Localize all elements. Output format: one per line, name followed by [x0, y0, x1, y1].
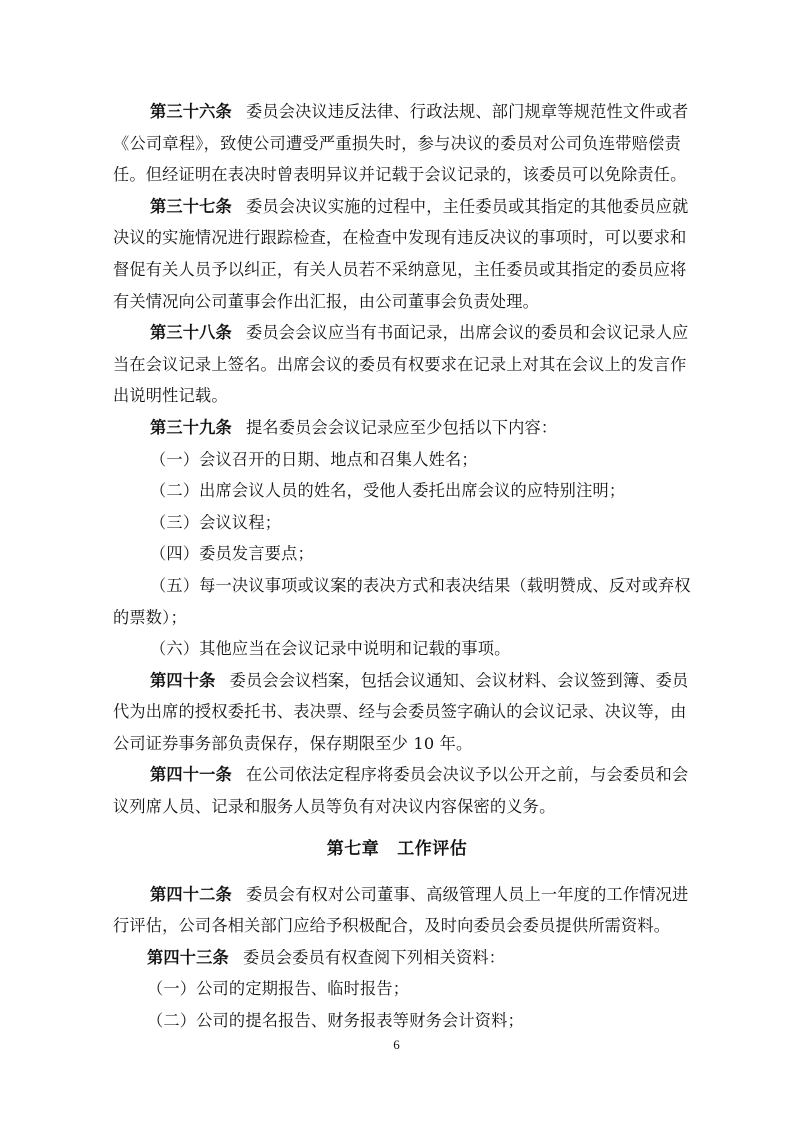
article-title: 第三十九条 — [150, 418, 232, 437]
article-text: 委员会会议应当有书面记录，出席会议的委员和会议记录人应 — [246, 323, 688, 342]
article-line: 出说明性记载。 — [113, 380, 681, 412]
article-line: 决议的实施情况进行跟踪检查，在检查中发现有违反决议的事项时，可以要求和 — [113, 222, 681, 254]
article-line: 当在会议记录上签名。出席会议的委员有权要求在记录上对其在会议上的发言作 — [113, 349, 681, 381]
article-title: 第四十三条 — [147, 948, 229, 967]
article-title: 第三十六条 — [150, 102, 232, 121]
article-37: 第三十七条委员会决议实施的过程中，主任委员或其指定的其他委员应就 决议的实施情况… — [113, 191, 681, 317]
list-item: （五）每一决议事项或议案的表决方式和表决结果（载明赞成、反对或弃权 — [113, 570, 681, 602]
article-line: 《公司章程》，致使公司遭受严重损失时，参与决议的委员对公司负连带赔偿责 — [113, 128, 681, 160]
article-first-line: 第四十三条委员会委员有权查阅下列相关资料： — [113, 942, 681, 974]
article-line: 行评估，公司各相关部门应给予积极配合，及时向委员会委员提供所需资料。 — [113, 910, 681, 942]
article-41: 第四十一条在公司依法定程序将委员会决议予以公开之前，与会委员和会 议列席人员、记… — [113, 759, 681, 822]
article-title: 第四十一条 — [150, 765, 232, 784]
article-text: 委员会决议违反法律、行政法规、部门规章等规范性文件或者 — [246, 102, 688, 121]
article-first-line: 第三十八条委员会会议应当有书面记录，出席会议的委员和会议记录人应 — [113, 317, 681, 349]
document-page: 第三十六条委员会决议违反法律、行政法规、部门规章等规范性文件或者 《公司章程》，… — [113, 96, 681, 1037]
chapter-title: 工作评估 — [397, 839, 467, 859]
article-first-line: 第三十六条委员会决议违反法律、行政法规、部门规章等规范性文件或者 — [113, 96, 681, 128]
article-line: 有关情况向公司董事会作出汇报，由公司董事会负责处理。 — [113, 286, 681, 318]
article-title: 第三十七条 — [150, 197, 232, 216]
article-first-line: 第四十一条在公司依法定程序将委员会决议予以公开之前，与会委员和会 — [113, 759, 681, 791]
list-item-continuation: 的票数）； — [113, 602, 681, 634]
article-42: 第四十二条委员会有权对公司董事、高级管理人员上一年度的工作情况进 行评估，公司各… — [113, 879, 681, 942]
article-43: 第四十三条委员会委员有权查阅下列相关资料： （一）公司的定期报告、临时报告； （… — [113, 942, 681, 1037]
page-number: 6 — [0, 1037, 793, 1053]
chapter-heading: 第七章工作评估 — [113, 823, 681, 875]
article-line: 议列席人员、记录和服务人员等负有对决议内容保密的义务。 — [113, 791, 681, 823]
article-text: 委员会决议实施的过程中，主任委员或其指定的其他委员应就 — [246, 197, 688, 216]
article-line: 任。但经证明在表决时曾表明异议并记载于会议记录的，该委员可以免除责任。 — [113, 159, 681, 191]
list-item: （四）委员发言要点； — [113, 538, 681, 570]
article-39: 第三十九条提名委员会会议记录应至少包括以下内容： （一）会议召开的日期、地点和召… — [113, 412, 681, 665]
article-title: 第四十条 — [150, 671, 216, 690]
article-first-line: 第三十九条提名委员会会议记录应至少包括以下内容： — [113, 412, 681, 444]
chapter-number: 第七章 — [327, 839, 380, 859]
article-title: 第三十八条 — [150, 323, 232, 342]
article-text: 提名委员会会议记录应至少包括以下内容： — [246, 418, 557, 437]
list-item: （三）会议议程； — [113, 507, 681, 539]
article-40: 第四十条委员会会议档案，包括会议通知、会议材料、会议签到簿、委员 代为出席的授权… — [113, 665, 681, 760]
article-text: 委员会委员有权查阅下列相关资料： — [243, 948, 505, 967]
article-text: 委员会有权对公司董事、高级管理人员上一年度的工作情况进 — [246, 885, 688, 904]
article-38: 第三十八条委员会会议应当有书面记录，出席会议的委员和会议记录人应 当在会议记录上… — [113, 317, 681, 412]
list-item: （六）其他应当在会议记录中说明和记载的事项。 — [113, 633, 681, 665]
article-first-line: 第四十二条委员会有权对公司董事、高级管理人员上一年度的工作情况进 — [113, 879, 681, 911]
list-item: （二）公司的提名报告、财务报表等财务会计资料； — [113, 1005, 681, 1037]
article-text: 委员会会议档案，包括会议通知、会议材料、会议签到簿、委员 — [230, 671, 689, 690]
article-text: 在公司依法定程序将委员会决议予以公开之前，与会委员和会 — [246, 765, 688, 784]
article-title: 第四十二条 — [150, 885, 232, 904]
article-first-line: 第三十七条委员会决议实施的过程中，主任委员或其指定的其他委员应就 — [113, 191, 681, 223]
list-item: （一）公司的定期报告、临时报告； — [113, 973, 681, 1005]
article-line: 公司证券事务部负责保存，保存期限至少 10 年。 — [113, 728, 681, 760]
article-first-line: 第四十条委员会会议档案，包括会议通知、会议材料、会议签到簿、委员 — [113, 665, 681, 697]
list-item: （二）出席会议人员的姓名，受他人委托出席会议的应特别注明； — [113, 475, 681, 507]
list-item: （一）会议召开的日期、地点和召集人姓名； — [113, 444, 681, 476]
article-line: 代为出席的授权委托书、表决票、经与会委员签字确认的会议记录、决议等，由 — [113, 696, 681, 728]
article-line: 督促有关人员予以纠正，有关人员若不采纳意见，主任委员或其指定的委员应将 — [113, 254, 681, 286]
article-36: 第三十六条委员会决议违反法律、行政法规、部门规章等规范性文件或者 《公司章程》，… — [113, 96, 681, 191]
